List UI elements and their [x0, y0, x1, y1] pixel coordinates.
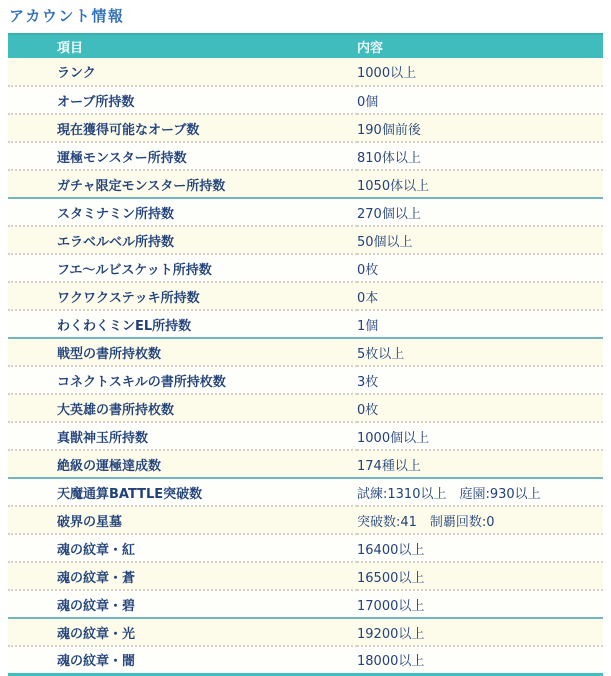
row-value: 18000以上: [357, 646, 603, 673]
row-value: 3枚: [357, 366, 603, 394]
row-value: 0個: [357, 86, 603, 114]
account-info-table: 項目 内容 ランク1000以上オーブ所持数0個現在獲得可能なオーブ数190個前後…: [8, 33, 603, 673]
table-row: 破界の星墓突破数:41 制覇回数:0: [8, 506, 603, 534]
row-label: わくわくミンEL所持数: [8, 310, 357, 338]
table-row: フエ〜ルビスケット所持数0枚: [8, 254, 603, 282]
row-value: 0本: [357, 282, 603, 310]
table-row: 天魔通算BATTLE突破数試練:1310以上 庭園:930以上: [8, 478, 603, 506]
column-header-content: 内容: [357, 34, 603, 58]
table-row: 真獣神玉所持数1000個以上: [8, 422, 603, 450]
table-row: 魂の紋章・蒼16500以上: [8, 562, 603, 590]
table-row: 絶級の運極達成数174種以上: [8, 450, 603, 478]
table-row: ガチャ限定モンスター所持数1050体以上: [8, 170, 603, 198]
table-row: エラベルベル所持数50個以上: [8, 226, 603, 254]
row-label: 真獣神玉所持数: [8, 422, 357, 450]
row-label: 魂の紋章・碧: [8, 590, 357, 618]
row-value: 0枚: [357, 394, 603, 422]
row-value: 16500以上: [357, 562, 603, 590]
row-value: 試練:1310以上 庭園:930以上: [357, 478, 603, 506]
row-label: 魂の紋章・光: [8, 618, 357, 646]
row-value: 1000以上: [357, 58, 603, 86]
row-value: 190個前後: [357, 114, 603, 142]
row-label: フエ〜ルビスケット所持数: [8, 254, 357, 282]
table-row: 魂の紋章・闇18000以上: [8, 646, 603, 673]
row-label: 大英雄の書所持枚数: [8, 394, 357, 422]
row-label: 天魔通算BATTLE突破数: [8, 478, 357, 506]
table-row: 魂の紋章・光19200以上: [8, 618, 603, 646]
row-label: ガチャ限定モンスター所持数: [8, 170, 357, 198]
table-row: 魂の紋章・紅16400以上: [8, 534, 603, 562]
table-row: コネクトスキルの書所持枚数3枚: [8, 366, 603, 394]
row-value: 1個: [357, 310, 603, 338]
row-value: 174種以上: [357, 450, 603, 478]
table-row: ランク1000以上: [8, 58, 603, 86]
row-label: 魂の紋章・闇: [8, 646, 357, 673]
table-row: 大英雄の書所持枚数0枚: [8, 394, 603, 422]
row-label: オーブ所持数: [8, 86, 357, 114]
table-row: 戦型の書所持枚数5枚以上: [8, 338, 603, 366]
table-row: 運極モンスター所持数810体以上: [8, 142, 603, 170]
row-label: エラベルベル所持数: [8, 226, 357, 254]
row-value: 1050体以上: [357, 170, 603, 198]
table-header-row: 項目 内容: [8, 34, 603, 58]
row-value: 突破数:41 制覇回数:0: [357, 506, 603, 534]
table-row: オーブ所持数0個: [8, 86, 603, 114]
page-title: アカウント情報: [0, 0, 611, 26]
row-value: 16400以上: [357, 534, 603, 562]
table-row: 現在獲得可能なオーブ数190個前後: [8, 114, 603, 142]
row-value: 19200以上: [357, 618, 603, 646]
row-label: 破界の星墓: [8, 506, 357, 534]
row-value: 50個以上: [357, 226, 603, 254]
row-value: 1000個以上: [357, 422, 603, 450]
table-row: 魂の紋章・碧17000以上: [8, 590, 603, 618]
row-label: 魂の紋章・蒼: [8, 562, 357, 590]
table-row: ワクワクステッキ所持数0本: [8, 282, 603, 310]
row-label: 魂の紋章・紅: [8, 534, 357, 562]
row-value: 0枚: [357, 254, 603, 282]
column-header-item: 項目: [8, 34, 357, 58]
table-body: ランク1000以上オーブ所持数0個現在獲得可能なオーブ数190個前後運極モンスタ…: [8, 58, 603, 673]
row-label: スタミナミン所持数: [8, 198, 357, 226]
row-value: 5枚以上: [357, 338, 603, 366]
row-label: 戦型の書所持枚数: [8, 338, 357, 366]
row-value: 810体以上: [357, 142, 603, 170]
row-value: 270個以上: [357, 198, 603, 226]
row-label: ランク: [8, 58, 357, 86]
row-value: 17000以上: [357, 590, 603, 618]
row-label: ワクワクステッキ所持数: [8, 282, 357, 310]
row-label: 現在獲得可能なオーブ数: [8, 114, 357, 142]
row-label: コネクトスキルの書所持枚数: [8, 366, 357, 394]
row-label: 絶級の運極達成数: [8, 450, 357, 478]
table-row: わくわくミンEL所持数1個: [8, 310, 603, 338]
row-label: 運極モンスター所持数: [8, 142, 357, 170]
table-row: スタミナミン所持数270個以上: [8, 198, 603, 226]
